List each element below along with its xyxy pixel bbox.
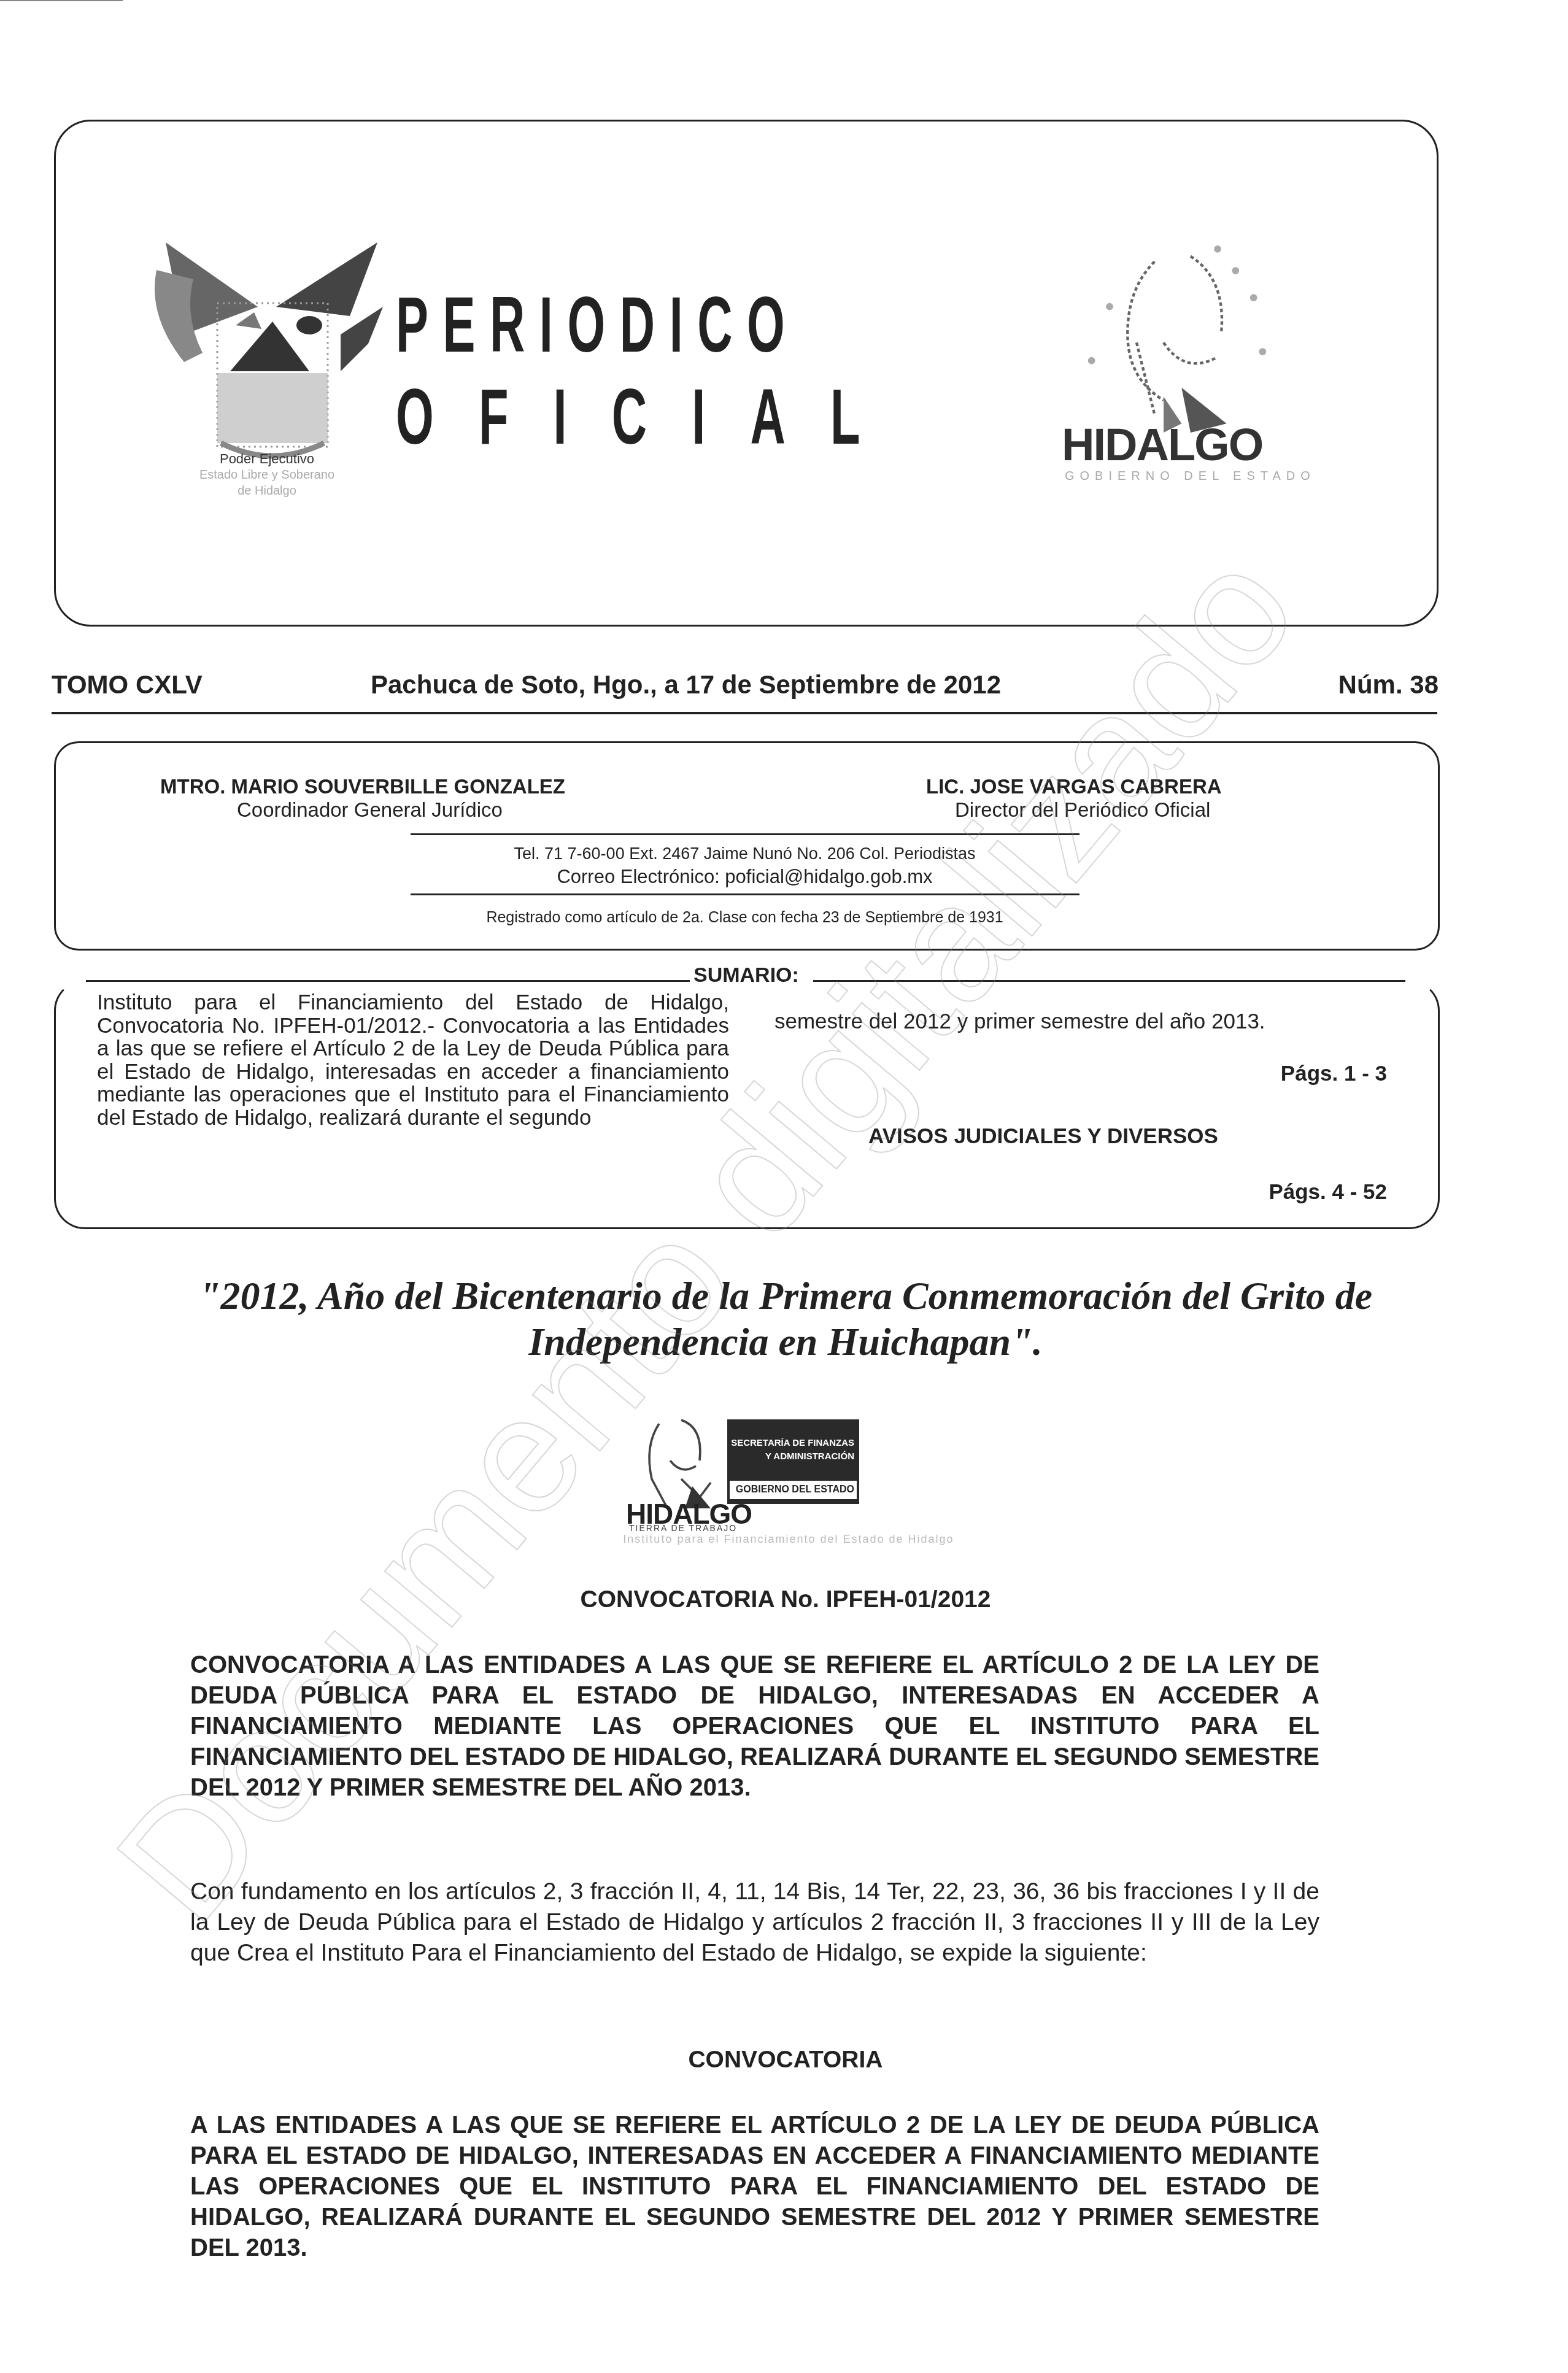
convocatoria-number: CONVOCATORIA No. IPFEH-01/2012 xyxy=(184,1586,1387,1613)
sumario-rule-right xyxy=(813,980,1405,982)
seal-caption-line: de Hidalgo xyxy=(141,483,393,499)
director-name: LIC. JOSE VARGAS CABRERA xyxy=(926,775,1222,798)
sumario-pages-1[interactable]: Págs. 1 - 3 xyxy=(1281,1062,1387,1086)
seal-caption: Poder Ejecutivo Estado Libre y Soberano … xyxy=(141,451,393,499)
registration-note: Registrado como artículo de 2a. Clase co… xyxy=(412,909,1078,927)
coordinator-role: Coordinador General Jurídico xyxy=(237,798,503,822)
state-seal-icon xyxy=(147,233,387,473)
sumario-entry-convocatoria[interactable]: Instituto para el Financiamiento del Est… xyxy=(97,991,729,1129)
legal-basis-paragraph: Con fundamento en los artículos 2, 3 fra… xyxy=(190,1877,1319,1969)
banner-line-1: SECRETARÍA DE FINANZAS xyxy=(731,1438,854,1448)
banner-gobierno-label: GOBIERNO DEL ESTADO xyxy=(730,1481,857,1499)
sumario-entry-continuation: semestre del 2012 y primer semestre del … xyxy=(774,1009,1265,1034)
place-date: Pachuca de Soto, Hgo., a 17 de Septiembr… xyxy=(371,670,1001,700)
newspaper-title: PERIODICO OFICIAL xyxy=(396,279,905,463)
convocatoria-title: CONVOCATORIA xyxy=(184,2047,1387,2074)
contact-mid-rule xyxy=(411,893,1079,895)
institute-caption: Instituto para el Financiamiento del Est… xyxy=(512,1533,1065,1546)
tomo-label: TOMO CXLV xyxy=(52,670,203,700)
seal-caption-line: Estado Libre y Soberano xyxy=(141,467,393,483)
coordinator-name: MTRO. MARIO SOUVERBILLE GONZALEZ xyxy=(160,775,565,798)
secretaria-tagline: TIERRA DE TRABAJO xyxy=(629,1523,737,1533)
contact-phone-address: Tel. 71 7-60-00 Ext. 2467 Jaime Nunó No.… xyxy=(412,844,1078,863)
banner-line-2: Y ADMINISTRACIÓN xyxy=(765,1451,854,1462)
scan-corner-mark xyxy=(0,0,123,1)
hidalgo-logo-word: HIDALGO xyxy=(1062,419,1262,471)
motto-line-2: Independencia en Huichapan". xyxy=(184,1319,1387,1365)
convocatoria-body-block: A LAS ENTIDADES A LAS QUE SE REFIERE EL … xyxy=(190,2110,1319,2263)
convocatoria-heading-block: CONVOCATORIA A LAS ENTIDADES A LAS QUE S… xyxy=(190,1650,1319,1803)
issue-line: TOMO CXLV Pachuca de Soto, Hgo., a 17 de… xyxy=(52,670,1439,702)
motto-line-1: "2012, Año del Bicentenario de la Primer… xyxy=(184,1273,1387,1319)
contact-email: Correo Electrónico: poficial@hidalgo.gob… xyxy=(412,866,1078,888)
staff-box: MTRO. MARIO SOUVERBILLE GONZALEZ Coordin… xyxy=(54,741,1440,951)
secretaria-banner: SECRETARÍA DE FINANZAS Y ADMINISTRACIÓN … xyxy=(727,1419,859,1504)
sumario-entry-avisos[interactable]: AVISOS JUDICIALES Y DIVERSOS xyxy=(868,1124,1218,1149)
title-line-oficial: OFICIAL xyxy=(396,371,905,463)
issue-divider xyxy=(52,712,1437,714)
sumario-pages-2[interactable]: Págs. 4 - 52 xyxy=(1269,1180,1387,1205)
contact-top-rule xyxy=(411,833,1079,835)
hidalgo-logo-caption: GOBIERNO DEL ESTADO xyxy=(1065,469,1316,484)
director-role: Director del Periódico Oficial xyxy=(955,798,1210,822)
sumario-label: SUMARIO: xyxy=(690,963,803,987)
issue-number: Núm. 38 xyxy=(1338,670,1439,700)
title-line-periodico: PERIODICO xyxy=(396,279,905,371)
sumario-rule-left xyxy=(86,980,690,982)
seal-caption-line: Poder Ejecutivo xyxy=(141,451,393,467)
